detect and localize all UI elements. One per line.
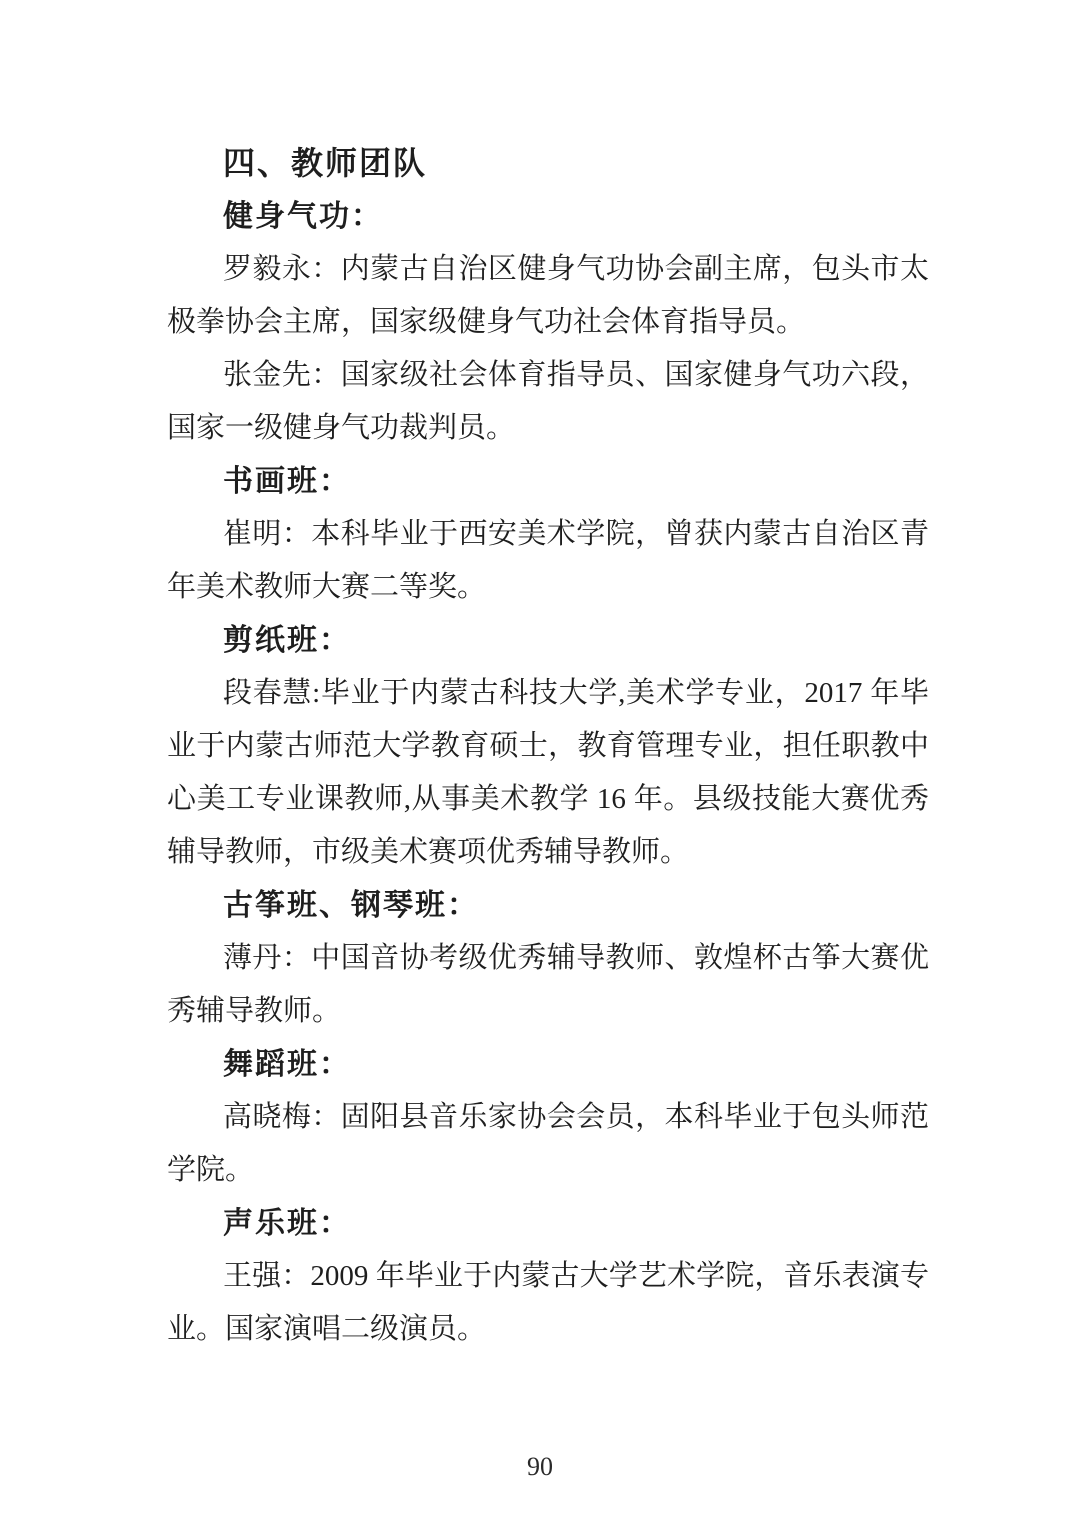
paragraph-line: 段春慧:毕业于内蒙古科技大学,美术学专业，2017 年毕 — [167, 667, 929, 720]
paragraph-line: 罗毅永：内蒙古自治区健身气功协会副主席，包头市太 — [167, 243, 929, 296]
paragraph-line: 业。国家演唱二级演员。 — [167, 1303, 929, 1356]
class-heading-paper-cutting: 剪纸班： — [167, 614, 929, 667]
paragraph-line: 辅导教师，市级美术赛项优秀辅导教师。 — [167, 826, 929, 879]
class-heading-guzheng-piano: 古筝班、钢琴班： — [167, 879, 929, 932]
paragraph-line: 心美工专业课教师,从事美术教学 16 年。县级技能大赛优秀 — [167, 773, 929, 826]
paragraph-line: 张金先：国家级社会体育指导员、国家健身气功六段， — [167, 349, 929, 402]
class-heading-dance: 舞蹈班： — [167, 1038, 929, 1091]
paragraph-line: 年美术教师大赛二等奖。 — [167, 561, 929, 614]
document-page: 四、教师团队 健身气功： 罗毅永：内蒙古自治区健身气功协会副主席，包头市太 极拳… — [0, 0, 1080, 1527]
paragraph-line: 国家一级健身气功裁判员。 — [167, 402, 929, 455]
paragraph-line: 高晓梅：固阳县音乐家协会会员，本科毕业于包头师范 — [167, 1091, 929, 1144]
class-heading-painting-calligraphy: 书画班： — [167, 455, 929, 508]
paragraph-line: 崔明：本科毕业于西安美术学院，曾获内蒙古自治区青 — [167, 508, 929, 561]
paragraph-line: 秀辅导教师。 — [167, 985, 929, 1038]
page-number: 90 — [0, 1452, 1080, 1482]
section-heading: 四、教师团队 — [167, 137, 929, 190]
paragraph-line: 业于内蒙古师范大学教育硕士，教育管理专业，担任职教中 — [167, 720, 929, 773]
document-content: 四、教师团队 健身气功： 罗毅永：内蒙古自治区健身气功协会副主席，包头市太 极拳… — [167, 137, 929, 1356]
paragraph-line: 学院。 — [167, 1144, 929, 1197]
paragraph-line: 王强：2009 年毕业于内蒙古大学艺术学院，音乐表演专 — [167, 1250, 929, 1303]
paragraph-line: 极拳协会主席，国家级健身气功社会体育指导员。 — [167, 296, 929, 349]
class-heading-fitness-qigong: 健身气功： — [167, 190, 929, 243]
class-heading-vocal-music: 声乐班： — [167, 1197, 929, 1250]
paragraph-line: 薄丹：中国音协考级优秀辅导教师、敦煌杯古筝大赛优 — [167, 932, 929, 985]
